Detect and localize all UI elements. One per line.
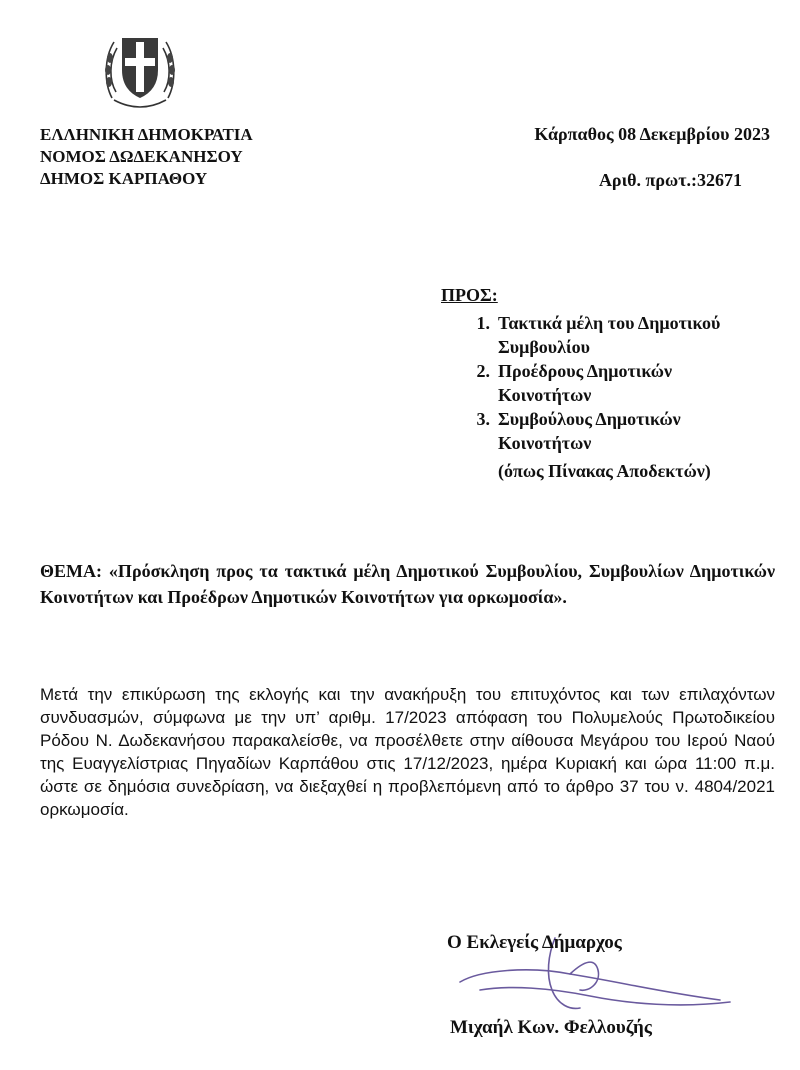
place-date: Κάρπαθος 08 Δεκεμβρίου 2023 [470,124,770,145]
signatory-title: Ο Εκλεγείς Δήμαρχος [447,932,622,954]
recipients-note: (όπως Πίνακας Αποδεκτών) [498,461,711,482]
recipient-number: 2. [460,359,498,407]
recipients-label: ΠΡΟΣ: [441,285,498,306]
issuer-municipality: ΔΗΜΟΣ ΚΑΡΠΑΘΟΥ [40,168,253,190]
recipients-list: 1. Τακτικά μέλη του Δημοτικού Συμβουλίου… [460,311,768,455]
recipient-text: Τακτικά μέλη του Δημοτικού Συμβουλίου [498,311,768,359]
recipient-number: 1. [460,311,498,359]
recipient-item: 2. Προέδρους Δημοτικών Κοινοτήτων [460,359,768,407]
recipient-item: 3. Συμβούλους Δημοτικών Κοινοτήτων [460,407,768,455]
subject-line: ΘΕΜΑ: «Πρόσκληση προς τα τακτικά μέλη Δη… [40,558,775,610]
body-paragraph: Μετά την επικύρωση της εκλογής και την α… [40,683,775,821]
signatory-name: Μιχαήλ Κων. Φελλουζής [450,1017,652,1039]
recipient-item: 1. Τακτικά μέλη του Δημοτικού Συμβουλίου [460,311,768,359]
recipient-text: Συμβούλους Δημοτικών Κοινοτήτων [498,407,768,455]
issuer-block: ΕΛΛΗΝΙΚΗ ΔΗΜΟΚΡΑΤΙΑ ΝΟΜΟΣ ΔΩΔΕΚΑΝΗΣΟΥ ΔΗ… [40,124,253,190]
recipient-text: Προέδρους Δημοτικών Κοινοτήτων [498,359,768,407]
issuer-prefecture: ΝΟΜΟΣ ΔΩΔΕΚΑΝΗΣΟΥ [40,146,253,168]
recipient-number: 3. [460,407,498,455]
issuer-country: ΕΛΛΗΝΙΚΗ ΔΗΜΟΚΡΑΤΙΑ [40,124,253,146]
coat-of-arms-icon [100,28,180,118]
protocol-number: Αριθ. πρωτ.:32671 [470,170,742,191]
